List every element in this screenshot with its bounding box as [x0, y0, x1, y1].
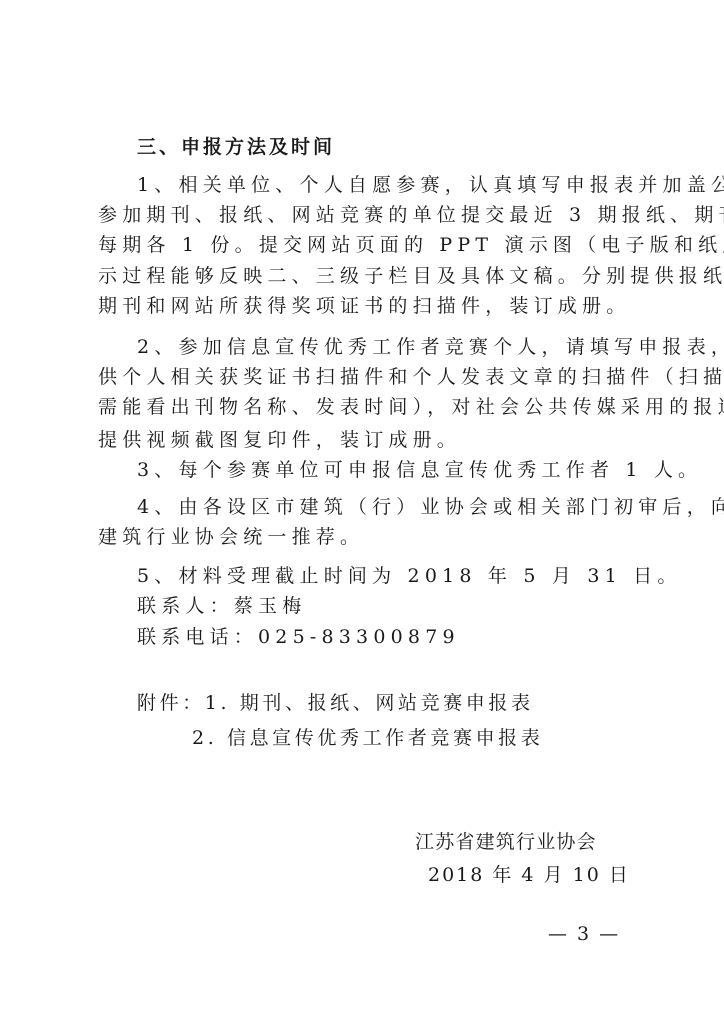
paragraph-2-line-3: 需能看出刊物名称、发表时间），对社会公共传媒采用的报道可: [98, 395, 638, 419]
paragraph-1-line-1: 1、相关单位、个人自愿参赛，认真填写申报表并加盖公章。: [137, 173, 677, 197]
paragraph-2-line-2: 供个人相关获奖证书扫描件和个人发表文章的扫描件（扫描件: [98, 365, 638, 389]
contact-phone: 联系电话：025-83300879: [137, 625, 677, 649]
paragraph-2-line-4: 提供视频截图复印件，装订成册。: [98, 428, 638, 452]
signature-organization: 江苏省建筑行业协会: [415, 830, 615, 854]
paragraph-1-line-5: 期刊和网站所获得奖项证书的扫描件，装订成册。: [98, 294, 638, 318]
paragraph-2-line-1: 2、参加信息宣传优秀工作者竞赛个人，请填写申报表，提: [137, 335, 677, 359]
paragraph-1-line-2: 参加期刊、报纸、网站竞赛的单位提交最近 3 期报纸、期刊，: [98, 203, 638, 227]
attachment-1: 附件：1. 期刊、报纸、网站竞赛申报表: [137, 691, 677, 715]
paragraph-3-line-1: 3、每个参赛单位可申报信息宣传优秀工作者 1 人。: [137, 458, 677, 482]
paragraph-1-line-4: 示过程能够反映二、三级子栏目及具体文稿。分别提供报纸、: [98, 264, 638, 288]
paragraph-4-line-2: 建筑行业协会统一推荐。: [98, 525, 638, 549]
section-heading: 三、申报方法及时间: [137, 135, 677, 159]
signature-date: 2018 年 4 月 10 日: [428, 863, 628, 887]
paragraph-5-line-1: 5、材料受理截止时间为 2018 年 5 月 31 日。: [137, 564, 677, 588]
paragraph-4-line-1: 4、由各设区市建筑（行）业协会或相关部门初审后，向省: [137, 495, 677, 519]
attachment-2: 2. 信息宣传优秀工作者竞赛申报表: [192, 726, 724, 750]
document-page: 三、申报方法及时间 1、相关单位、个人自愿参赛，认真填写申报表并加盖公章。 参加…: [0, 0, 724, 1024]
paragraph-1-line-3: 每期各 1 份。提交网站页面的 PPT 演示图（电子版和纸质），演: [98, 233, 638, 257]
contact-person: 联系人：蔡玉梅: [137, 594, 677, 618]
page-number: — 3 —: [548, 922, 628, 946]
